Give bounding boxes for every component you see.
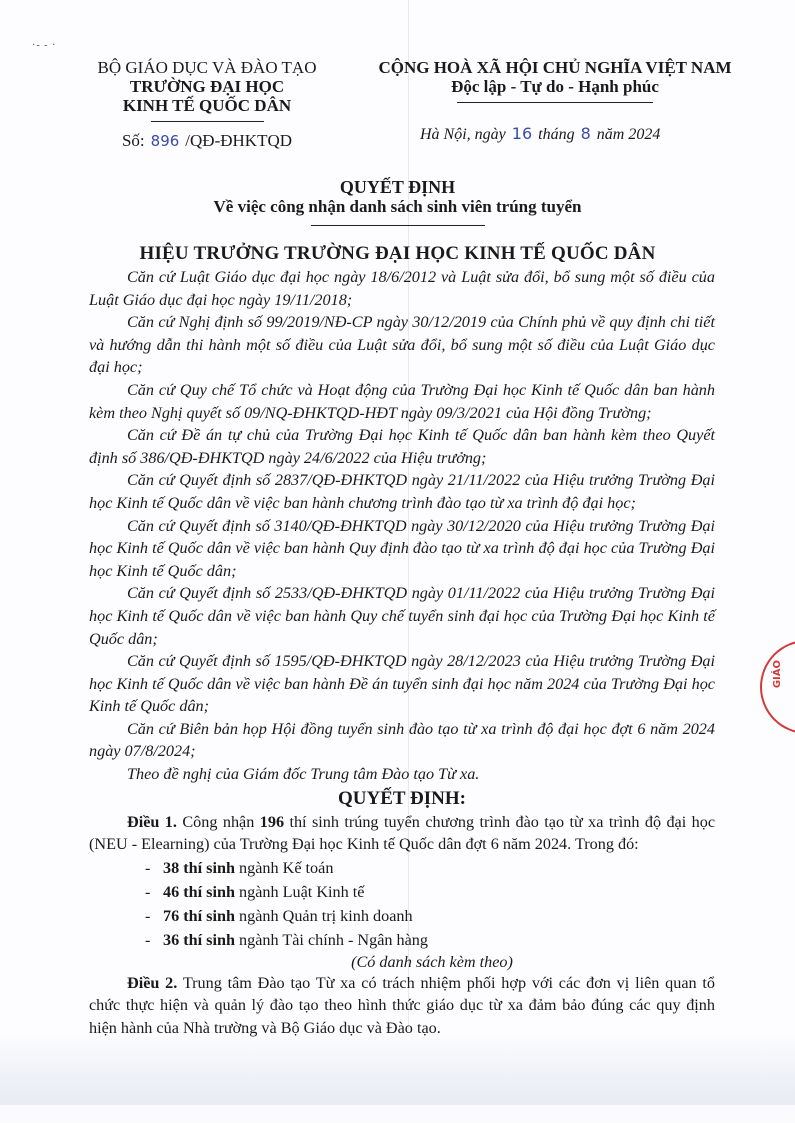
- dash-bullet: -: [145, 880, 163, 904]
- title-divider: [311, 225, 485, 226]
- decision-title-block: QUYẾT ĐỊNH Về việc công nhận danh sách s…: [0, 177, 795, 226]
- article-1: Điều 1. Công nhận 196 thí sinh trúng tuy…: [89, 811, 715, 856]
- dash-bullet: -: [145, 928, 163, 952]
- number-label: Số:: [122, 131, 145, 150]
- major-item: -46 thí sinh ngành Luật Kinh tế: [145, 880, 715, 904]
- document-number: Số:896/QĐ-ĐHKTQD: [82, 131, 332, 151]
- legal-basis-item: Căn cứ Quyết định số 1595/QĐ-ĐHKTQD ngày…: [89, 650, 715, 718]
- article-2-label: Điều 2.: [127, 974, 177, 992]
- major-item: -36 thí sinh ngành Tài chính - Ngân hàng: [145, 928, 715, 952]
- dash-bullet: -: [145, 904, 163, 928]
- date-month-label: tháng: [538, 126, 574, 143]
- scan-specks: ·‑ ‑ ·: [32, 40, 56, 51]
- national-motto: Độc lập - Tự do - Hạnh phúc: [355, 77, 755, 96]
- major-name: ngành Luật Kinh tế: [239, 883, 364, 901]
- motto-divider: [457, 102, 653, 103]
- major-item: -38 thí sinh ngành Kế toán: [145, 856, 715, 880]
- legal-basis-item: Căn cứ Luật Giáo dục đại học ngày 18/6/2…: [89, 266, 715, 311]
- legal-basis-item: Căn cứ Quyết định số 3140/QĐ-ĐHKTQD ngày…: [89, 515, 715, 583]
- major-breakdown-list: -38 thí sinh ngành Kế toán -46 thí sinh …: [89, 856, 715, 952]
- major-count: 76 thí sinh: [163, 907, 235, 925]
- scan-shadow: [0, 1030, 795, 1105]
- article-2-text: Trung tâm Đào tạo Từ xa có trách nhiệm p…: [89, 974, 715, 1037]
- legal-basis-item: Căn cứ Đề án tự chủ của Trường Đại học K…: [89, 424, 715, 469]
- legal-basis-item: Theo đề nghị của Giám đốc Trung tâm Đào …: [89, 763, 715, 786]
- article-1-text-a: Công nhận: [182, 813, 254, 831]
- stamp-text: GIÁO: [772, 660, 783, 688]
- school-name-line2: KINH TẾ QUỐC DÂN: [82, 96, 332, 115]
- legal-basis-item: Căn cứ Quy chế Tổ chức và Hoạt động của …: [89, 379, 715, 424]
- legal-basis-item: Căn cứ Biên bản họp Hội đồng tuyển sinh …: [89, 718, 715, 763]
- admitted-count: 196: [260, 813, 284, 831]
- major-count: 36 thí sinh: [163, 931, 235, 949]
- legal-basis-item: Căn cứ Nghị định số 99/2019/NĐ-CP ngày 3…: [89, 311, 715, 379]
- number-value-handwritten: 896: [145, 132, 186, 150]
- article-1-label: Điều 1.: [127, 813, 177, 831]
- attached-list-note: (Có danh sách kèm theo): [149, 952, 715, 972]
- date-prefix: Hà Nội, ngày: [420, 126, 506, 143]
- national-header: CỘNG HOÀ XÃ HỘI CHỦ NGHĨA VIỆT NAM Độc l…: [355, 58, 755, 103]
- document-title: QUYẾT ĐỊNH: [0, 177, 795, 197]
- country-name: CỘNG HOÀ XÃ HỘI CHỦ NGHĨA VIỆT NAM: [355, 58, 755, 77]
- article-2: Điều 2. Trung tâm Đào tạo Từ xa có trách…: [89, 972, 715, 1040]
- legal-basis-item: Căn cứ Quyết định số 2837/QĐ-ĐHKTQD ngày…: [89, 469, 715, 514]
- issuing-authority: HIỆU TRƯỞNG TRƯỜNG ĐẠI HỌC KINH TẾ QUỐC …: [0, 243, 795, 265]
- major-name: ngành Tài chính - Ngân hàng: [239, 931, 428, 949]
- decision-heading: QUYẾT ĐỊNH:: [89, 787, 715, 811]
- legal-basis-list: Căn cứ Luật Giáo dục đại học ngày 18/6/2…: [89, 266, 715, 786]
- major-name: ngành Kế toán: [239, 859, 333, 877]
- legal-basis-item: Căn cứ Quyết định số 2533/QĐ-ĐHKTQD ngày…: [89, 582, 715, 650]
- date-month-handwritten: 8: [575, 124, 597, 143]
- date-year: năm 2024: [597, 126, 661, 143]
- major-name: ngành Quản trị kinh doanh: [239, 907, 413, 925]
- document-subject: Về việc công nhận danh sách sinh viên tr…: [0, 197, 795, 217]
- document-page: ·‑ ‑ · BỘ GIÁO DỤC VÀ ĐÀO TẠO TRƯỜNG ĐẠI…: [0, 0, 795, 1123]
- issue-date: Hà Nội, ngày16tháng8năm 2024: [420, 124, 660, 144]
- number-suffix: /QĐ-ĐHKTQD: [185, 131, 292, 150]
- page-edge: [0, 1105, 795, 1123]
- major-count: 46 thí sinh: [163, 883, 235, 901]
- major-item: -76 thí sinh ngành Quản trị kinh doanh: [145, 904, 715, 928]
- major-count: 38 thí sinh: [163, 859, 235, 877]
- ministry-name: BỘ GIÁO DỤC VÀ ĐÀO TẠO: [82, 58, 332, 77]
- document-body: Căn cứ Luật Giáo dục đại học ngày 18/6/2…: [89, 266, 715, 1040]
- dash-bullet: -: [145, 856, 163, 880]
- school-name-line1: TRƯỜNG ĐẠI HỌC: [82, 77, 332, 96]
- issuer-header: BỘ GIÁO DỤC VÀ ĐÀO TẠO TRƯỜNG ĐẠI HỌC KI…: [82, 58, 332, 151]
- header-divider: [151, 121, 264, 122]
- date-day-handwritten: 16: [506, 124, 538, 143]
